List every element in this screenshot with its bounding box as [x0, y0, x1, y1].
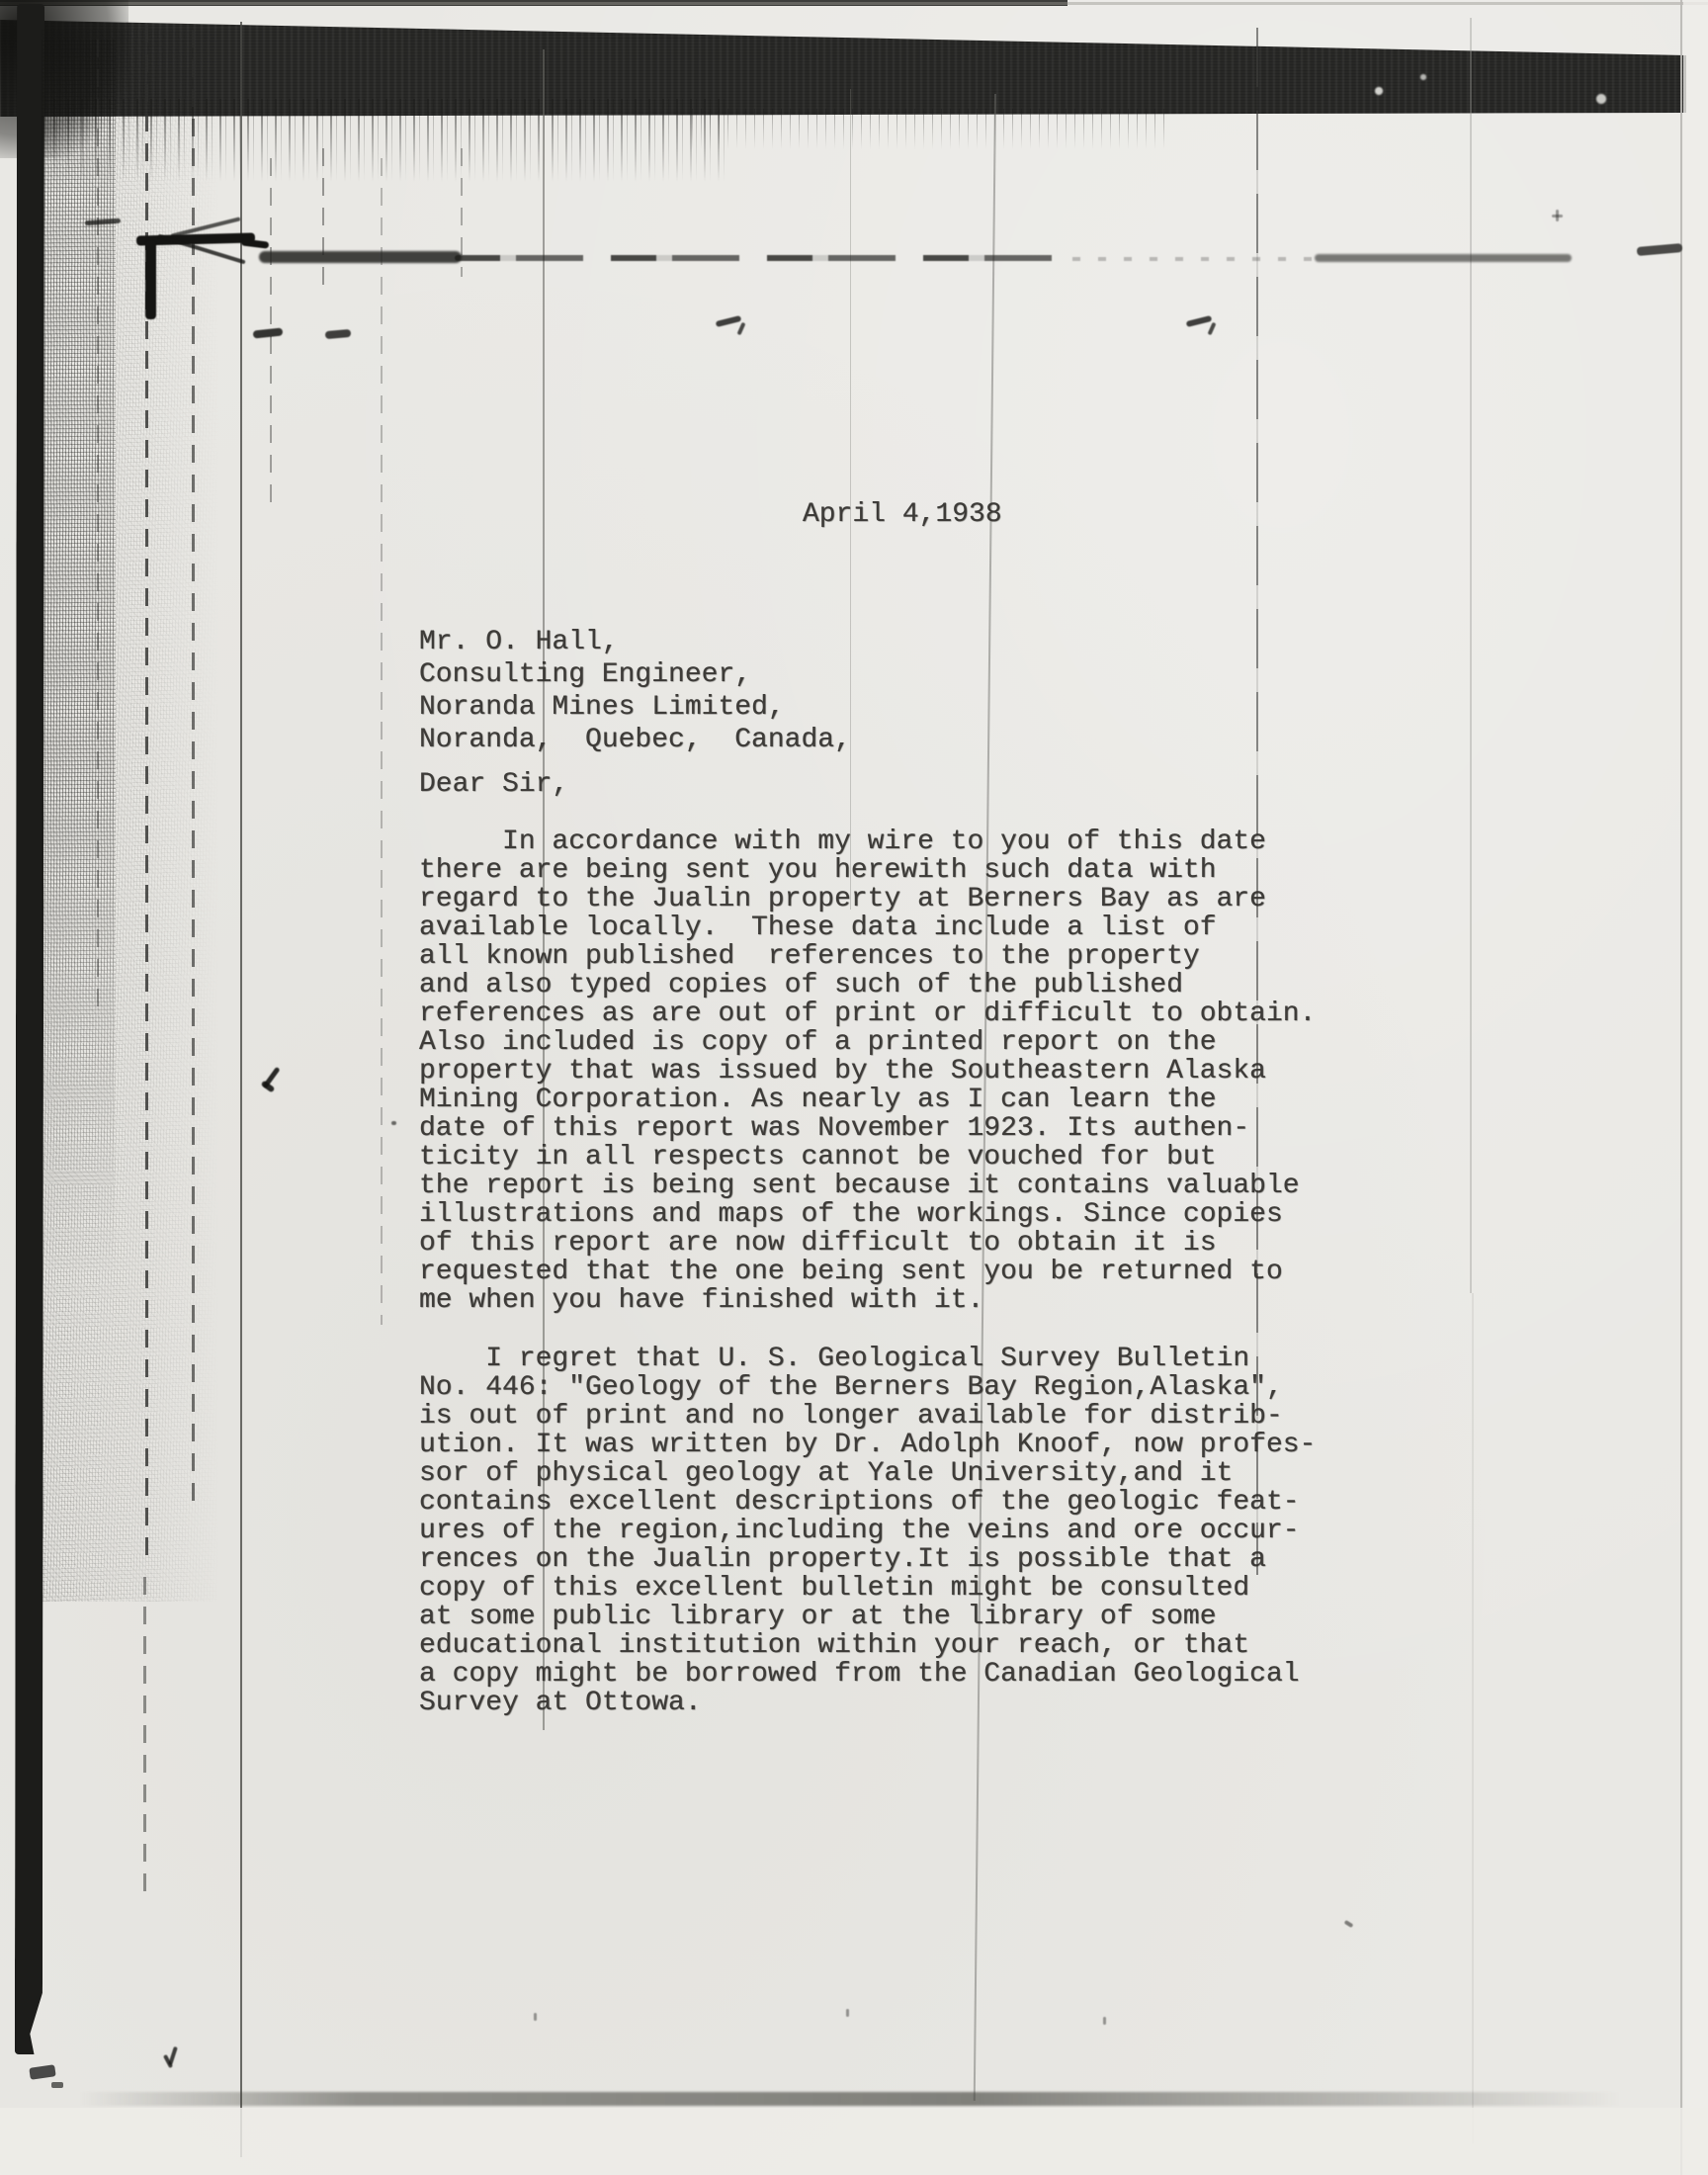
- paper-edge-bottom: [79, 2092, 1621, 2106]
- scan-left-strip-foot: [51, 2082, 63, 2088]
- scan-left-strip-foot: [29, 2064, 55, 2080]
- paper-edge-top: [0, 2, 1708, 5]
- scan-stray-mark: [1186, 315, 1213, 327]
- text-line: references as are out of print or diffic…: [419, 1000, 1316, 1028]
- scan-stray-mark: [391, 1121, 396, 1125]
- fold-line: [1472, 1293, 1474, 2143]
- scan-smudge-line: [455, 255, 1072, 261]
- paper-margin-bottom: [0, 2108, 1708, 2175]
- fold-line: [1470, 18, 1472, 1293]
- scan-stray-mark: [168, 2046, 178, 2065]
- fold-line: [461, 148, 463, 277]
- salutation: Dear Sir,: [419, 770, 568, 799]
- scan-corner-scratch: [157, 234, 245, 265]
- text-line: rences on the Jualin property.It is poss…: [419, 1545, 1316, 1574]
- text-line: there are being sent you herewith such d…: [419, 856, 1316, 885]
- scan-stray-mark: [1208, 322, 1217, 336]
- body-paragraph-2: I regret that U. S. Geological Survey Bu…: [419, 1345, 1316, 1717]
- scan-top-edge-dark: [0, 0, 1067, 6]
- scan-noise-zone: [42, 30, 219, 1602]
- text-line: the report is being sent because it cont…: [419, 1172, 1316, 1200]
- text-line: In accordance with my wire to you of thi…: [419, 827, 1316, 856]
- scan-band-fringe: [40, 99, 731, 193]
- scan-smudge-line: [1315, 254, 1572, 262]
- scan-left-black-strip: [15, 4, 44, 2054]
- scan-stray-mark: [325, 329, 352, 339]
- scan-corner-scratch: [241, 238, 270, 248]
- text-line: date of this report was November 1923. I…: [419, 1114, 1316, 1143]
- scan-stray-mark: [534, 2013, 537, 2021]
- scan-corner-scratch: [85, 218, 121, 225]
- text-line: is out of print and no longer available …: [419, 1402, 1316, 1431]
- scan-stray-mark: [1556, 210, 1559, 221]
- scan-smudge-line: [259, 251, 462, 263]
- scan-corner-blob: [0, 0, 128, 158]
- text-line: copy of this excellent bulletin might be…: [419, 1574, 1316, 1603]
- scan-stray-mark: [1344, 1920, 1354, 1928]
- fold-line: [192, 30, 195, 1513]
- scan-stray-mark: [261, 1080, 276, 1092]
- scan-corner-scratch: [171, 217, 241, 237]
- scan-stray-mark: [1103, 2017, 1106, 2025]
- text-line: Also included is copy of a printed repor…: [419, 1028, 1316, 1057]
- text-line: all known published references to the pr…: [419, 942, 1316, 971]
- fold-line: [270, 158, 272, 514]
- scan-corner-scratch: [145, 240, 156, 319]
- text-line: and also typed copies of such of the pub…: [419, 971, 1316, 1000]
- text-line: regard to the Jualin property at Berners…: [419, 885, 1316, 913]
- scan-stray-mark: [737, 322, 746, 336]
- text-line: No. 446: "Geology of the Berners Bay Reg…: [419, 1373, 1316, 1402]
- text-line: available locally. These data include a …: [419, 913, 1316, 942]
- letter-date: April 4,1938: [803, 500, 1002, 529]
- text-line: I regret that U. S. Geological Survey Bu…: [419, 1345, 1316, 1373]
- text-line: ures of the region,including the veins a…: [419, 1517, 1316, 1545]
- text-line: me when you have finished with it.: [419, 1286, 1316, 1315]
- text-line: a copy might be borrowed from the Canadi…: [419, 1660, 1316, 1689]
- fold-line: [143, 1577, 146, 1903]
- scan-corner-scratch: [136, 232, 255, 245]
- scan-stray-mark: [253, 327, 284, 338]
- text-line: of this report are now difficult to obta…: [419, 1229, 1316, 1258]
- fold-line: [240, 22, 242, 2157]
- text-line: contains excellent descriptions of the g…: [419, 1488, 1316, 1517]
- fold-line: [381, 158, 383, 1325]
- text-line: ution. It was written by Dr. Adolph Knoo…: [419, 1431, 1316, 1459]
- scan-band-fringe: [692, 109, 1166, 153]
- scan-stray-mark: [1552, 215, 1563, 217]
- text-line: at some public library or at the library…: [419, 1603, 1316, 1631]
- body-paragraph-1: In accordance with my wire to you of thi…: [419, 827, 1316, 1315]
- text-line: sor of physical geology at Yale Universi…: [419, 1459, 1316, 1488]
- fold-line: [145, 25, 148, 1567]
- paper-edge-right: [1680, 0, 1682, 2175]
- text-line: Noranda, Quebec, Canada,: [419, 724, 851, 756]
- scan-smudge-line: [1072, 257, 1315, 261]
- text-line: ticity in all respects cannot be vouched…: [419, 1143, 1316, 1172]
- text-line: Mr. O. Hall,: [419, 626, 851, 658]
- scan-smudge-line: [1637, 243, 1683, 256]
- fold-line: [1256, 28, 1258, 1575]
- scan-stray-mark: [846, 2009, 849, 2017]
- scan-stray-mark: [262, 1067, 280, 1088]
- fold-line: [322, 148, 324, 297]
- paper-margin-right: [1683, 0, 1708, 2175]
- text-line: Survey at Ottowa.: [419, 1689, 1316, 1717]
- text-line: Noranda Mines Limited,: [419, 691, 851, 724]
- text-line: Consulting Engineer,: [419, 658, 851, 691]
- text-line: property that was issued by the Southeas…: [419, 1057, 1316, 1086]
- text-line: requested that the one being sent you be…: [419, 1258, 1316, 1286]
- recipient-address-block: Mr. O. Hall,Consulting Engineer,Noranda …: [419, 626, 851, 756]
- text-line: educational institution within your reac…: [419, 1631, 1316, 1660]
- fold-line: [97, 40, 99, 1008]
- scan-noise-zone-dense: [42, 40, 116, 1275]
- text-line: illustrations and maps of the workings. …: [419, 1200, 1316, 1229]
- text-line: Mining Corporation. As nearly as I can l…: [419, 1086, 1316, 1114]
- scan-stray-mark: [163, 2054, 173, 2068]
- scan-stray-mark: [716, 315, 742, 327]
- scan-top-black-band: [0, 0, 1692, 178]
- scanned-letter-page: April 4,1938 Mr. O. Hall,Consulting Engi…: [0, 0, 1708, 2175]
